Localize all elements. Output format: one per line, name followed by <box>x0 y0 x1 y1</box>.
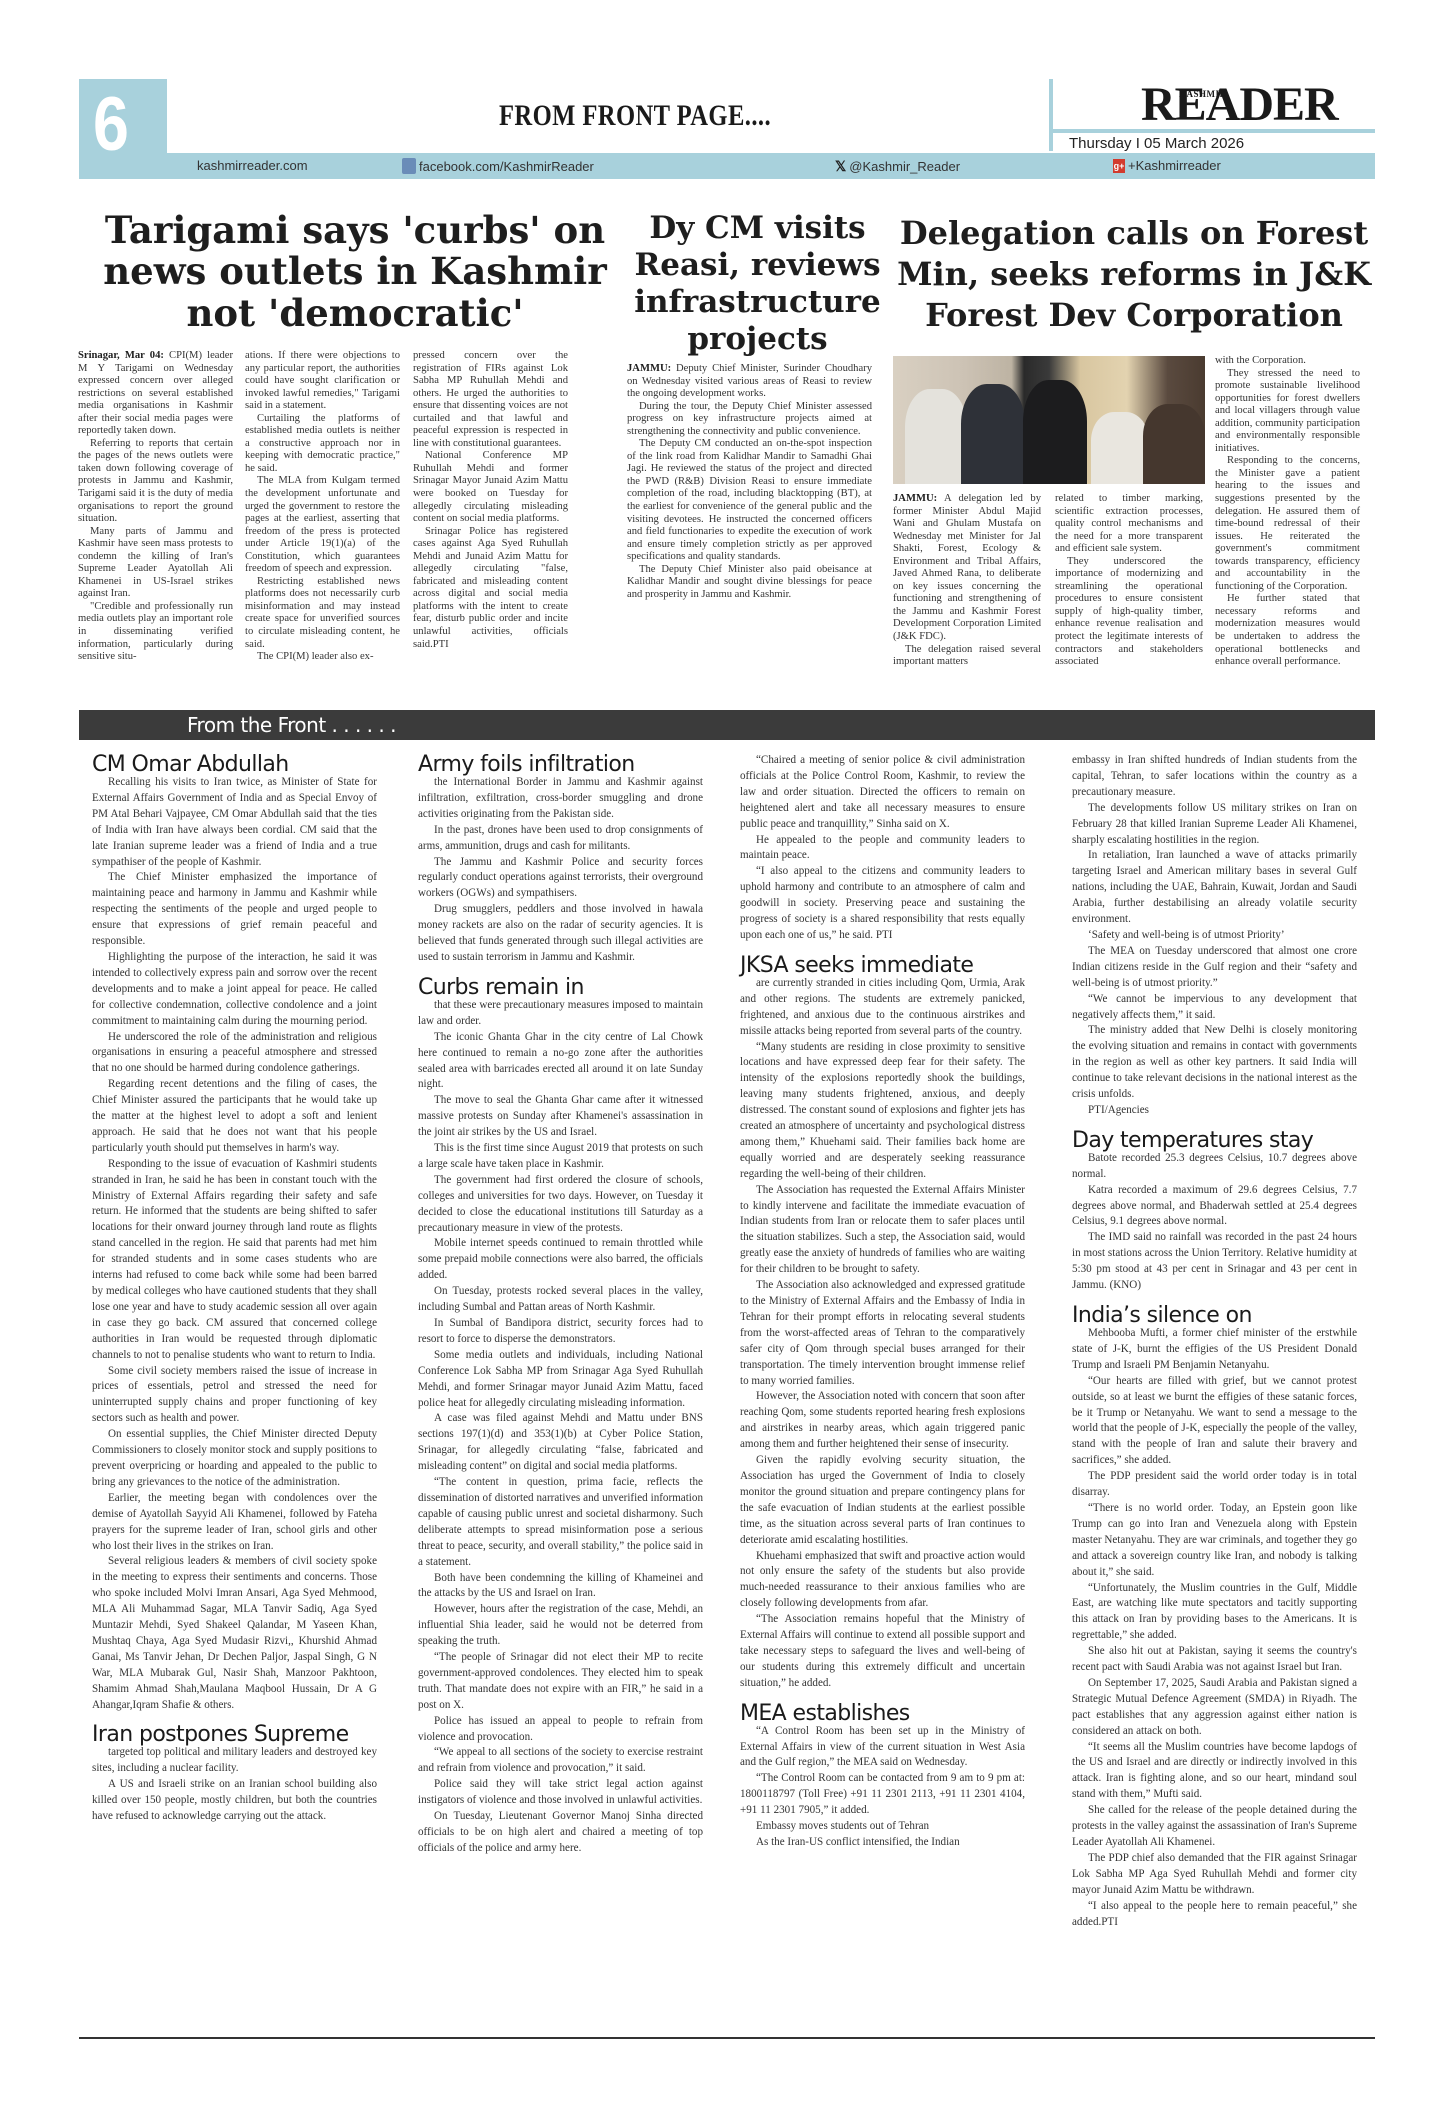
facebook-label: facebook.com/KashmirReader <box>419 159 594 174</box>
story-tarigami-col3: pressed concern over the registration of… <box>413 350 568 651</box>
section-title: FROM FRONT PAGE.... <box>499 99 771 133</box>
jump-head-iran-postpones: Iran postpones Supreme <box>92 1723 377 1747</box>
jump-head-curbs-remain: Curbs remain in <box>418 976 703 1000</box>
x-label: @Kashmir_Reader <box>849 159 960 174</box>
gplus-label: +Kashmirreader <box>1128 158 1221 173</box>
from-the-front-title: From the Front . . . . . . <box>187 713 396 737</box>
jump-head-mea: MEA establishes <box>740 1702 1025 1726</box>
page-number-block: 6 <box>79 79 167 179</box>
jump-head-india-silence: India’s silence on <box>1072 1304 1357 1328</box>
website-label: kashmirreader.com <box>197 158 308 173</box>
masthead: 6 FROM FRONT PAGE.... READER KASHMIR Thu… <box>79 79 1375 179</box>
from-the-front-bar: From the Front . . . . . . <box>79 710 1375 740</box>
gplus-link[interactable]: g+ +Kashmirreader <box>1113 158 1221 173</box>
story-forest-col1: JAMMU: A delegation led by former Minist… <box>893 493 1041 669</box>
front-col-1: CM Omar Abdullah Recalling his visits to… <box>92 753 377 1825</box>
delegation-photo <box>893 356 1205 484</box>
story-tarigami-headline: Tarigami says 'curbs' on news outlets in… <box>90 210 620 334</box>
story-tarigami-col1: Srinagar, Mar 04: CPI(M) leader M Y Tari… <box>78 350 233 664</box>
story-dycm-body: JAMMU: Deputy Chief Minister, Surinder C… <box>627 363 872 601</box>
story-tarigami-col2: ations. If there were objections to any … <box>245 350 400 664</box>
front-col-2: Army foils infiltration the Internationa… <box>418 753 703 1857</box>
jump-head-day-temperatures: Day temperatures stay <box>1072 1129 1357 1153</box>
bottom-rule <box>79 2037 1375 2039</box>
logo-kashmir: KASHMIR <box>1179 89 1227 99</box>
dateline: Srinagar, Mar 04: <box>78 350 164 361</box>
website-link[interactable]: kashmirreader.com <box>197 158 308 173</box>
jump-head-army-foils: Army foils infiltration <box>418 753 703 777</box>
google-plus-icon: g+ <box>1113 159 1125 173</box>
front-col-4: embassy in Iran shifted hundreds of Indi… <box>1072 753 1357 1930</box>
story-forest-headline: Delegation calls on Forest Min, seeks re… <box>893 213 1375 336</box>
front-col-3: “Chaired a meeting of senior police & ci… <box>740 753 1025 1851</box>
issue-date: Thursday I 05 March 2026 <box>1069 135 1244 152</box>
jump-head-cm-omar: CM Omar Abdullah <box>92 753 377 777</box>
logo-divider <box>1049 79 1053 151</box>
page-number: 6 <box>93 87 129 163</box>
facebook-link[interactable]: facebook.com/KashmirReader <box>402 158 594 174</box>
story-forest-col2: related to timber marking, scientific ex… <box>1055 493 1203 669</box>
x-link[interactable]: 𝕏 @Kashmir_Reader <box>835 158 960 175</box>
logo-reader: READER <box>1141 77 1338 132</box>
story-forest-col3: with the Corporation. They stressed the … <box>1215 355 1360 669</box>
social-bar: kashmirreader.com facebook.com/KashmirRe… <box>167 153 1375 179</box>
facebook-thumb-icon <box>402 158 416 174</box>
logo-rule <box>1053 129 1375 133</box>
jump-head-jksa: JKSA seeks immediate <box>740 954 1025 978</box>
x-logo-icon: 𝕏 <box>835 158 846 175</box>
story-dycm-headline: Dy CM visits Reasi, reviews infrastructu… <box>630 210 885 358</box>
